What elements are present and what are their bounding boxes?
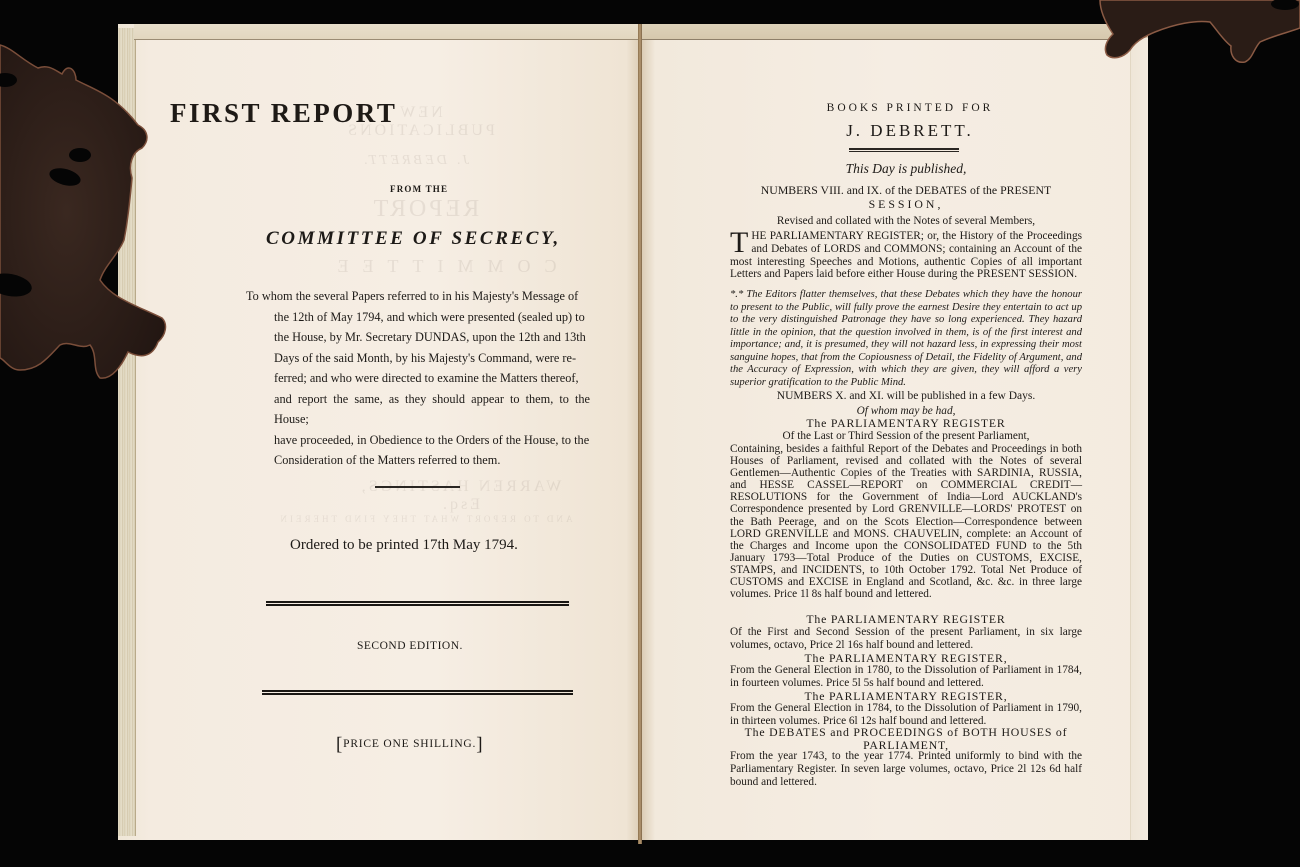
body-line: ferred; and who were directed to examine…: [246, 368, 590, 389]
session-line: SESSION,: [730, 198, 1082, 211]
committee-title: COMMITTEE OF SECRECY,: [266, 228, 561, 250]
ghost-text: COMMITTEE: [310, 256, 570, 277]
entry-text: Containing, besides a faithful Report of…: [730, 443, 1082, 600]
register-text: HE PARLIAMENTARY REGISTER; or, the Histo…: [730, 230, 1082, 280]
body-line: Consideration of the Matters referred to…: [246, 450, 590, 471]
register-paragraph: THE PARLIAMENTARY REGISTER; or, the Hist…: [730, 230, 1082, 281]
entry-text: From the General Election in 1784, to th…: [730, 702, 1082, 728]
entry-heading: The PARLIAMENTARY REGISTER: [730, 613, 1082, 626]
book-gutter: [638, 24, 642, 844]
edition-label: SECOND EDITION.: [357, 640, 463, 652]
right-header: BOOKS PRINTED FOR: [720, 102, 1100, 114]
entry-subheading: Of the Last or Third Session of the pres…: [730, 430, 1082, 443]
right-page-top-edge: [640, 24, 1148, 40]
entry-heading: The PARLIAMENTARY REGISTER,: [730, 690, 1082, 703]
revised-line: Revised and collated with the Notes of s…: [730, 215, 1082, 228]
ghost-text: AND TO REPORT WHAT THEY FIND THEREIN: [265, 514, 585, 524]
body-line: and report the same, as they should appe…: [246, 389, 590, 430]
publisher-name: J. DEBRETT.: [720, 121, 1100, 141]
entry-heading: The DEBATES and PROCEEDINGS of BOTH HOUS…: [730, 726, 1082, 752]
report-title: FIRST REPORT: [170, 98, 570, 129]
ghost-text: REPORT: [350, 196, 500, 223]
price-text: PRICE ONE SHILLING.: [343, 738, 476, 750]
divider-rule: [375, 486, 460, 488]
from-the-label: FROM THE: [390, 184, 448, 194]
left-page-top-edge: [134, 24, 642, 40]
body-line: To whom the several Papers referred to i…: [246, 286, 590, 307]
divider-rule: [849, 148, 959, 152]
this-day-published: This Day is published,: [730, 163, 1082, 176]
copper-leaf-ornament-right: [1085, 0, 1300, 65]
body-line: have proceeded, in Obedience to the Orde…: [246, 430, 590, 451]
drop-cap: T: [730, 231, 748, 255]
right-page-fore-edge: [1130, 38, 1148, 840]
ordered-printed-line: Ordered to be printed 17th May 1794.: [290, 537, 518, 554]
numbers-line: NUMBERS VIII. and IX. of the DEBATES of …: [730, 184, 1082, 197]
entry-heading: The PARLIAMENTARY REGISTER,: [730, 652, 1082, 665]
double-rule-divider: [262, 690, 573, 695]
entry-text: From the General Election in 1780, to th…: [730, 664, 1082, 690]
body-line: the 12th of May 1794, and which were pre…: [246, 307, 590, 328]
ghost-text: WARREN HASTINGS, Esq.: [340, 478, 580, 514]
body-line: the House, by Mr. Secretary DUNDAS, upon…: [246, 327, 590, 348]
copper-leaf-ornament-left: [0, 40, 175, 390]
bracket-close: ]: [476, 734, 483, 755]
report-body: To whom the several Papers referred to i…: [246, 286, 590, 471]
numbers-x-xi-line: NUMBERS X. and XI. will be published in …: [730, 390, 1082, 403]
editors-note: *.* The Editors flatter themselves, that…: [730, 289, 1082, 389]
entry-text: From the year 1743, to the year 1774. Pr…: [730, 750, 1082, 788]
body-line: Days of the said Month, by his Majesty's…: [246, 348, 590, 369]
entry-text: Of the First and Second Session of the p…: [730, 626, 1082, 652]
ghost-text: J. DEBRETT.: [330, 153, 500, 169]
entry-heading: The PARLIAMENTARY REGISTER: [730, 417, 1082, 430]
double-rule-divider: [266, 601, 569, 606]
price-label: [PRICE ONE SHILLING.]: [336, 734, 483, 756]
